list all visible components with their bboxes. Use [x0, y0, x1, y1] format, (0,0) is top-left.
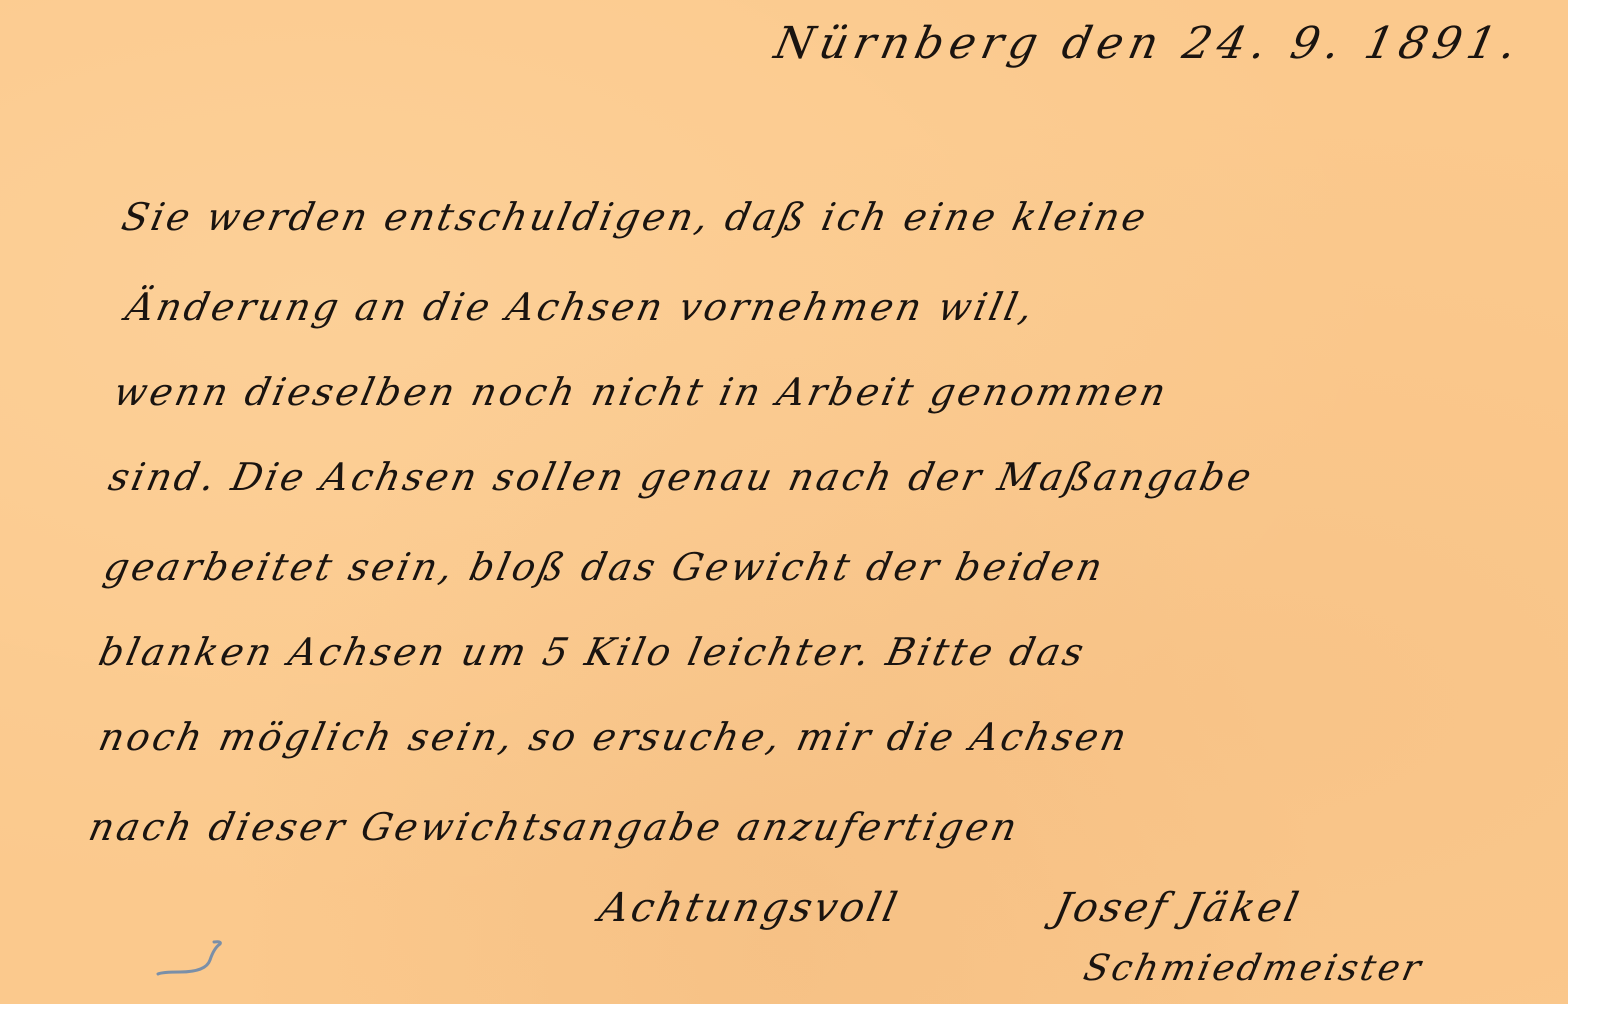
- scan-edge-right: [1568, 0, 1600, 1024]
- closing: Achtungsvoll: [595, 885, 904, 931]
- postcard: Nürnberg den 24. 9. 1891. Sie werden ent…: [0, 0, 1568, 1004]
- body-line-3: wenn dieselben noch nicht in Arbeit geno…: [110, 370, 1173, 414]
- place-date: Nürnberg den 24. 9. 1891.: [770, 18, 1527, 69]
- body-line-6: blanken Achsen um 5 Kilo leichter. Bitte…: [95, 630, 1090, 674]
- pencil-mark-icon: [150, 938, 230, 978]
- body-line-7: noch möglich sein, so ersuche, mir die A…: [95, 715, 1133, 759]
- signature: Josef Jäkel: [1050, 885, 1305, 931]
- signer-title: Schmiedmeister: [1080, 948, 1427, 989]
- body-line-4: sind. Die Achsen sollen genau nach der M…: [105, 455, 1258, 499]
- body-line-5: gearbeitet sein, bloß das Gewicht der be…: [100, 545, 1109, 589]
- body-line-8: nach dieser Gewichtsangabe anzufertigen: [85, 805, 1024, 849]
- scan-edge-bottom: [0, 1004, 1600, 1024]
- body-line-2: Änderung an die Achsen vornehmen will,: [122, 285, 1040, 329]
- body-line-1: Sie werden entschuldigen, daß ich eine k…: [118, 195, 1153, 239]
